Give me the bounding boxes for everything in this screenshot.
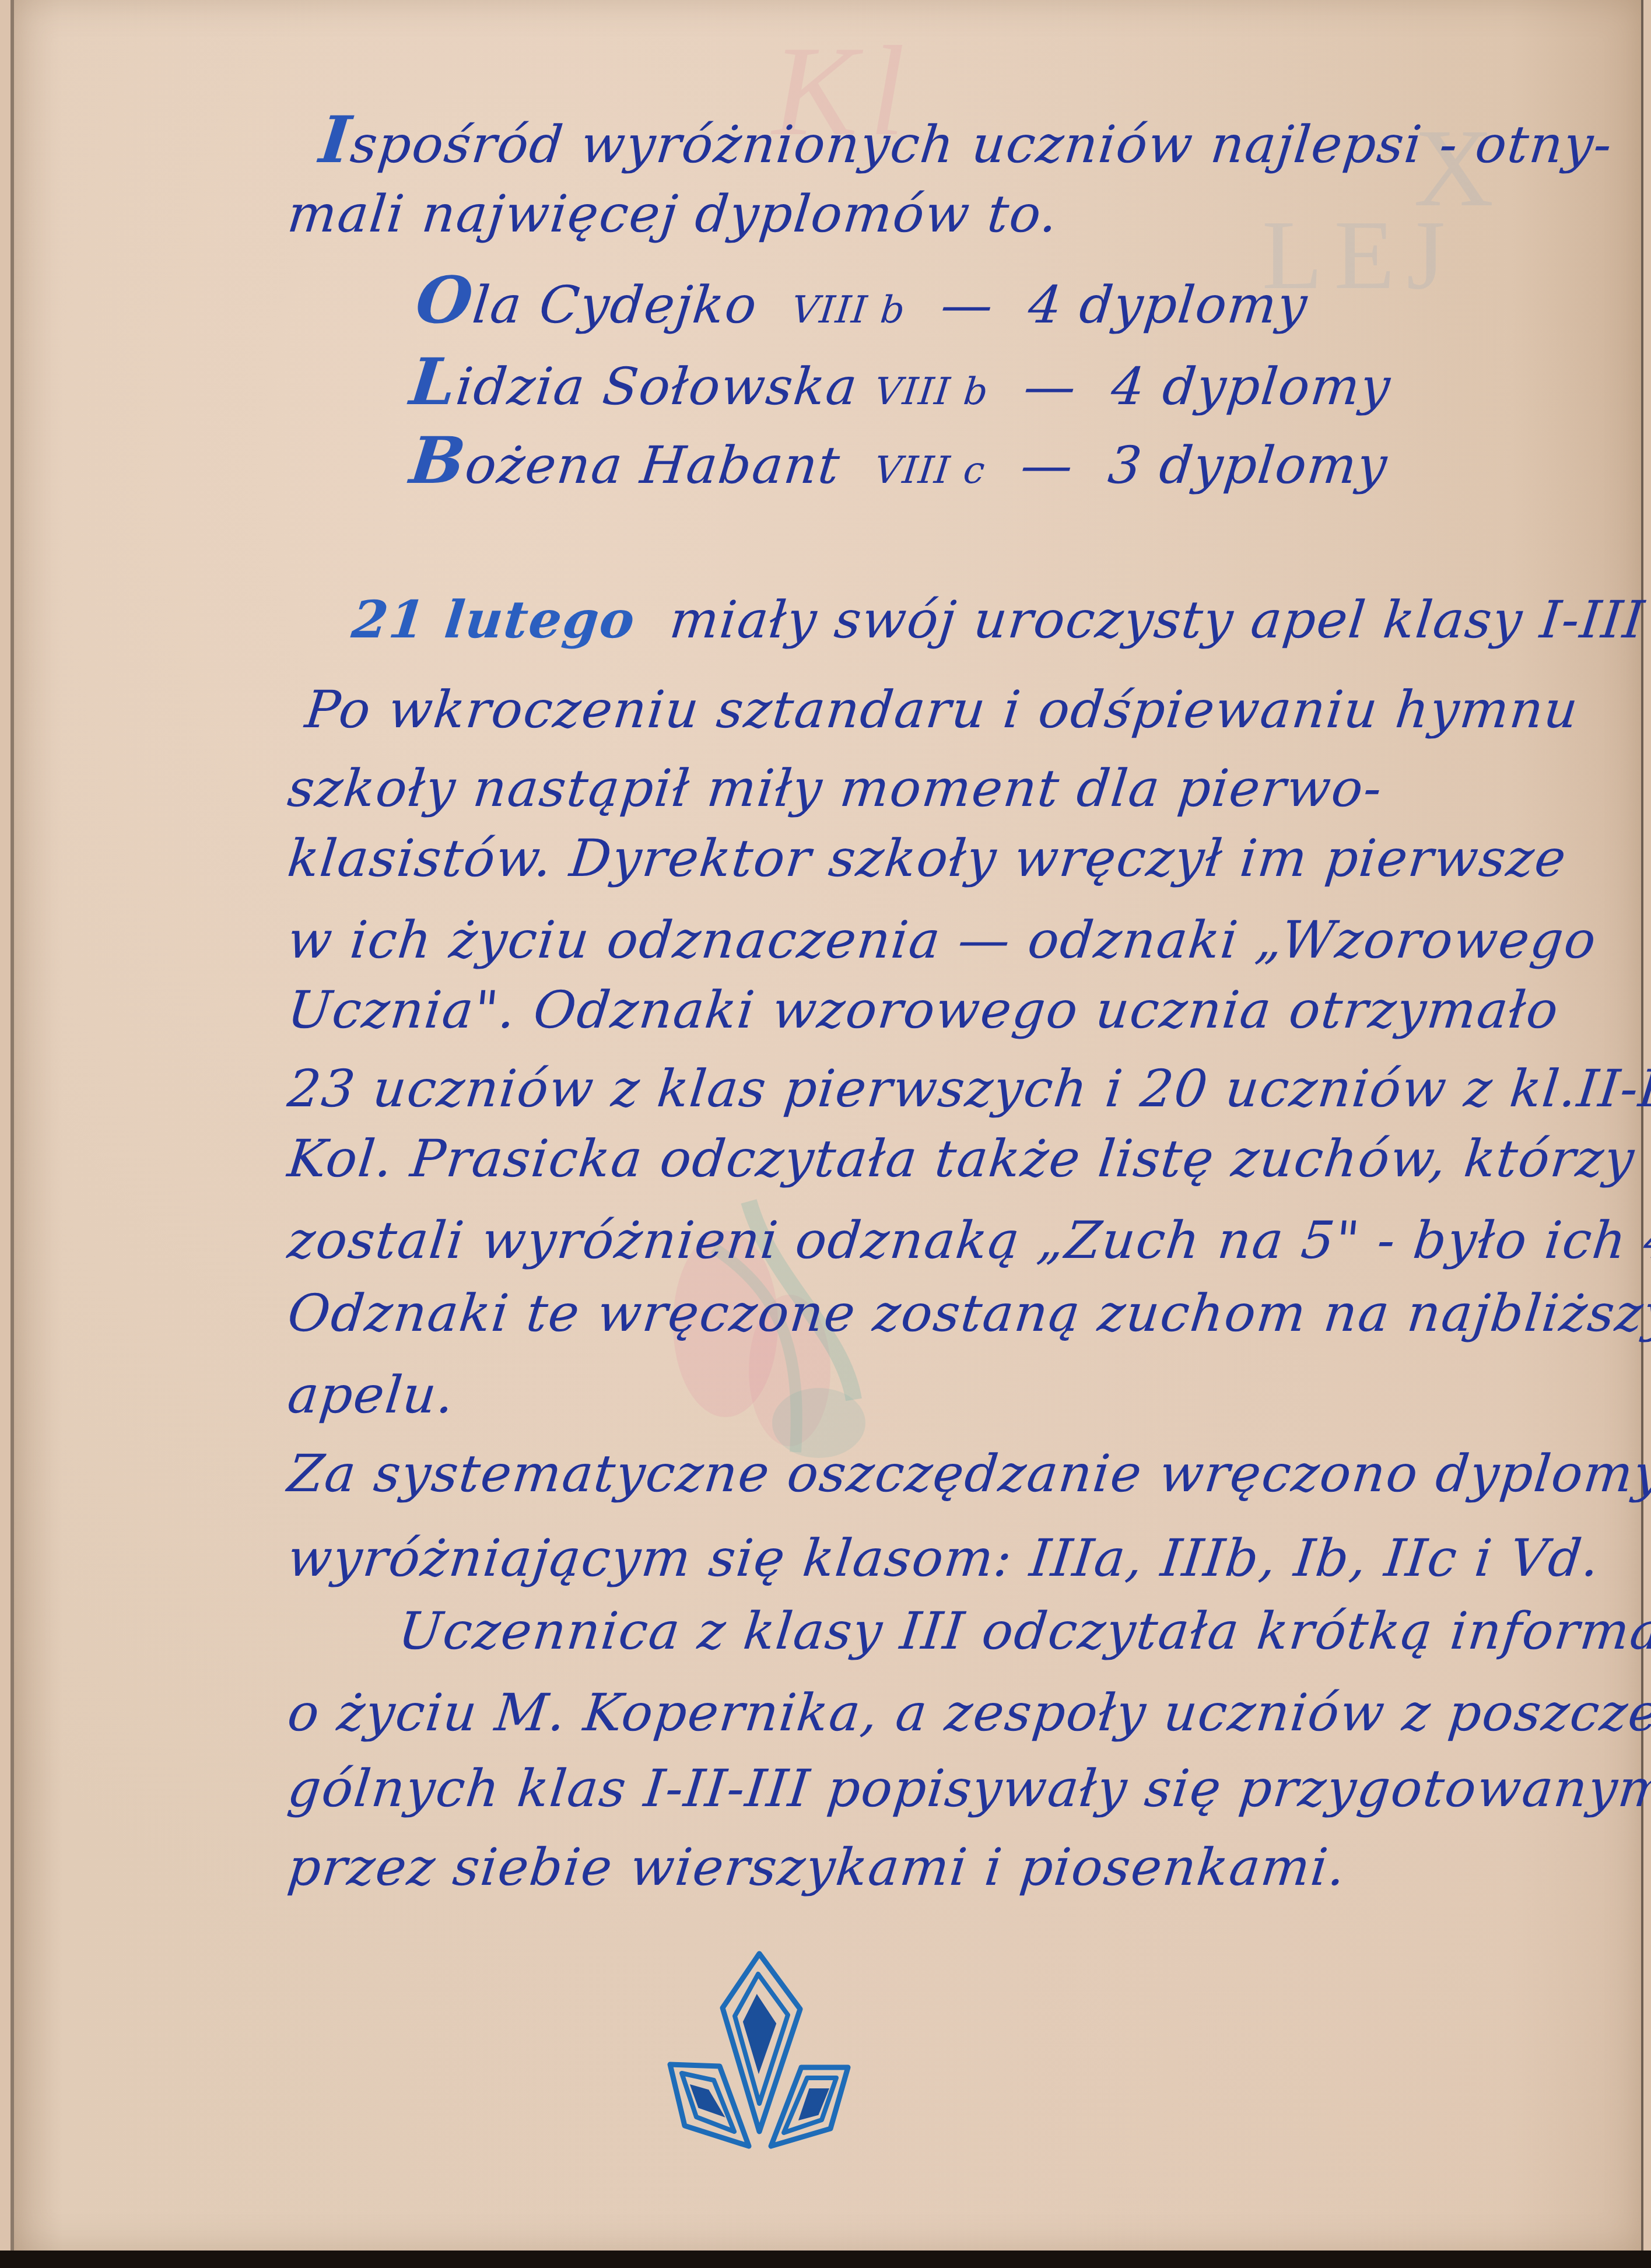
student-row: Bożena Habant VIII c — 3 dyplomy xyxy=(406,423,1392,498)
section2-line: gólnych klas I-II-III popisywały się prz… xyxy=(285,1758,1651,1818)
student-class: VIII b xyxy=(872,370,991,413)
section2-line: szkoły nastąpił miły moment dla pierwo- xyxy=(285,758,1386,818)
event-date: 21 lutego xyxy=(349,589,639,650)
paper-sheet: X LEJ Kl Ispośród wyróżnionych uczniów n… xyxy=(10,0,1643,2251)
section2-line: Kol. Prasicka odczytała także listę zuch… xyxy=(285,1128,1638,1189)
student-name: la Cydejko xyxy=(470,275,760,335)
scanned-page: X LEJ Kl Ispośród wyróżnionych uczniów n… xyxy=(0,0,1651,2268)
diploma-count: 3 dyplomy xyxy=(1105,435,1390,495)
intro-line-1: Ispośród wyróżnionych uczniów najlepsi -… xyxy=(316,102,1617,177)
scan-bottom-edge xyxy=(0,2251,1651,2268)
student-initial: L xyxy=(406,344,461,419)
student-name: ożena Habant xyxy=(462,435,843,495)
student-name: idzia Sołowska xyxy=(453,356,861,416)
student-row: Ola Cydejko VIII b — 4 dyplomy xyxy=(412,262,1312,338)
section2-line: zostali wyróżnieni odznaką „Zuch na 5" -… xyxy=(285,1210,1651,1270)
section2-line: wyróżniającym się klasom: IIIa, IIIb, Ib… xyxy=(285,1528,1603,1588)
section2-line: Uczennica z klasy III odczytała krótką i… xyxy=(396,1601,1651,1661)
section2-line: Za systematyczne oszczędzanie wręczono d… xyxy=(285,1443,1651,1503)
student-initial: O xyxy=(412,262,477,338)
diploma-count: 4 dyplomy xyxy=(1025,275,1310,335)
student-class: VIII c xyxy=(872,449,988,492)
section2-line-1: 21 lutego miały swój uroczysty apel klas… xyxy=(349,589,1648,650)
student-initial: B xyxy=(406,423,470,498)
section2-line: o życiu M. Kopernika, a zespoły uczniów … xyxy=(285,1682,1651,1743)
section2-line: w ich życiu odznaczenia — odznaki „Wzoro… xyxy=(285,910,1600,970)
section2-line: klasistów. Dyrektor szkoły wręczył im pi… xyxy=(285,828,1570,888)
student-row: Lidzia Sołowska VIII b — 4 dyplomy xyxy=(406,344,1395,419)
handwritten-text: Ispośród wyróżnionych uczniów najlepsi -… xyxy=(14,0,1641,2251)
diamond-triplet-ornament-icon xyxy=(656,1951,1005,2161)
section2-line: Ucznia". Odznaki wzorowego ucznia otrzym… xyxy=(285,980,1562,1040)
section2-line: Po wkroczeniu sztandaru i odśpiewaniu hy… xyxy=(303,679,1582,739)
intro-line-2: mali najwięcej dyplomów to. xyxy=(285,184,1062,244)
section2-line: apelu. xyxy=(285,1365,458,1425)
section2-line: przez siebie wierszykami i piosenkami. xyxy=(285,1837,1349,1897)
diploma-count: 4 dyplomy xyxy=(1109,356,1394,416)
section2-line: 23 uczniów z klas pierwszych i 20 ucznió… xyxy=(285,1058,1651,1119)
section2-line: Odznaki te wręczone zostaną zuchom na na… xyxy=(285,1283,1651,1343)
student-class: VIII b xyxy=(790,289,908,332)
